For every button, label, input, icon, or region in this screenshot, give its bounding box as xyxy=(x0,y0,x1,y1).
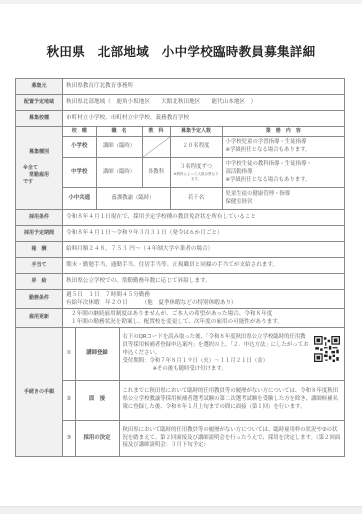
step-1-detail: 右下のQRコードを読み取った後、「令和８年度秋田県公立学校臨時的任用教員等採用候… xyxy=(119,328,344,380)
row-requirements: 採用条件 令和８年４月１日現在で、採用予定学校種の教員免許状を所有していること xyxy=(16,209,345,225)
label-allowances: 手当て xyxy=(16,257,63,273)
types-row-common: 小中共通 養護教諭（臨時） 若干名 児童生徒の健康管理・指導 保健室経営 xyxy=(63,188,344,209)
row-types: 募集種別 ※全て 常勤雇用 です 校 種 職 名 教 科 募集予定人数 業 務 … xyxy=(16,127,345,210)
renewal-line-2: １年間の勤務状況を勘案し、配置校を変更して、次年度の雇用の可能性があります。 xyxy=(71,318,341,326)
page-title: 秋田県 北部地域 小中学校臨時教員募集詳細 xyxy=(0,42,362,60)
value-salary: 給料月額２４８，７５３ 円〜（４年制大学卒業者の場合） xyxy=(63,241,345,257)
row-recruiter: 募集元 秋田県教育庁北教育事務所 xyxy=(16,79,345,95)
types-header-row: 校 種 職 名 教 科 募集予定人数 業 務 内 容 xyxy=(63,127,344,137)
subject-junior: 各教科 xyxy=(142,158,170,188)
types-note-line-3: です xyxy=(19,179,59,186)
value-period: 令和８年４月１日〜令和９年３月３１日（発令は６か月ごと） xyxy=(63,225,345,241)
step-3-detail: 秋田県において臨時的任用教員等の履歴がない方については、臨時雇用枠の状況や②の状… xyxy=(119,420,344,456)
duties-junior-line-2: 部活動指導 xyxy=(226,169,342,177)
school-junior: 中学校 xyxy=(63,158,96,188)
school-elementary: 小学校 xyxy=(63,137,96,158)
label-types: 募集種別 ※全て 常勤雇用 です xyxy=(16,127,63,210)
label-requirements: 採用条件 xyxy=(16,209,63,225)
renewal-line-1: ２年間の継続雇用制度はありませんが、ご本人の希望があった場合、令和８年度 xyxy=(71,310,341,318)
step-1-name: 講師登録 xyxy=(75,328,119,380)
conditions-line-1: 週５日 １日 ７時間４５分勤務 xyxy=(66,291,341,299)
value-allowances: 期末・勤勉手当、通勤手当、住居手当等、正規職員と同様の手当てが支給されます。 xyxy=(63,257,345,273)
label-salary: 報 酬 xyxy=(16,241,63,257)
position-junior: 講師（臨時） xyxy=(96,158,142,188)
step-2-name: 面 接 xyxy=(75,380,119,420)
row-renewal: 雇用更新 ２年間の継続雇用制度はありませんが、ご本人の希望があった場合、令和８年… xyxy=(16,308,345,327)
conditions-line-2: 有給年次休暇 年２０日 （他 夏季休暇などの特別休暇あり） xyxy=(66,299,341,307)
types-subtable-cell: 校 種 職 名 教 科 募集予定人数 業 務 内 容 小学校 講師（臨時） ２０… xyxy=(63,127,345,210)
count-junior-value: ３名程度ずつ xyxy=(174,164,219,172)
types-subtable: 校 種 職 名 教 科 募集予定人数 業 務 内 容 小学校 講師（臨時） ２０… xyxy=(63,127,344,209)
procedure-subtable: ① 講師登録 xyxy=(63,328,344,456)
duties-common-line-1: 児童生徒の健康管理・指導 xyxy=(226,191,342,199)
recruitment-table: 募集元 秋田県教育庁北教育事務所 配置予定地域 秋田県北部地域（ 鹿角小坂地区 … xyxy=(15,78,345,457)
count-common: 若干名 xyxy=(170,188,222,209)
header-subject: 教 科 xyxy=(142,127,170,137)
value-renewal: ２年間の継続雇用制度はありませんが、ご本人の希望があった場合、令和８年度 １年間… xyxy=(63,308,345,327)
duties-common-line-2: 保健室経営 xyxy=(226,199,342,207)
label-period: 採用予定期間 xyxy=(16,225,63,241)
count-junior: ３名程度ずつ ※教科によって人数は異なります。 xyxy=(170,158,222,188)
duties-common: 児童生徒の健康管理・指導 保健室経営 xyxy=(222,188,344,209)
types-row-junior: 中学校 講師（臨時） 各教科 ３名程度ずつ ※教科によって人数は異なります。 中… xyxy=(63,158,344,188)
label-region: 配置予定地域 xyxy=(16,95,63,111)
row-allowances: 手当て 期末・勤勉手当、通勤手当、住居手当等、正規職員と同様の手当てが支給されま… xyxy=(16,257,345,273)
step-2-detail: これまでに秋田県において臨時的任用教員等の履歴がない方については、令和８年度秋田… xyxy=(119,380,344,420)
step-1-line-3: ※その後も随時受け付けます。 xyxy=(123,366,342,374)
diagonal-slash-icon xyxy=(143,137,170,157)
row-raise: 昇 給 秋田県公立学校での、常勤勤務年数に応じて昇給します。 xyxy=(16,273,345,289)
value-raise: 秋田県公立学校での、常勤勤務年数に応じて昇給します。 xyxy=(63,273,345,289)
types-row-elementary: 小学校 講師（臨時） ２０名程度 小学校児童の学習指導・生徒指導 ※学級担任とな… xyxy=(63,137,344,158)
step-1-number: ① xyxy=(63,328,75,380)
label-recruiter: 募集元 xyxy=(16,79,63,95)
procedure-subtable-cell: ① 講師登録 xyxy=(63,328,345,457)
value-requirements: 令和８年４月１日現在で、採用予定学校種の教員免許状を所有していること xyxy=(63,209,345,225)
count-junior-note: ※教科によって人数は異なります。 xyxy=(174,172,219,181)
types-label: 募集種別 xyxy=(19,149,59,156)
procedure-step-3: ③ 採用の決定 秋田県において臨時的任用教員等の履歴がない方については、臨時雇用… xyxy=(63,420,344,456)
count-elementary: ２０名程度 xyxy=(170,137,222,158)
school-common: 小中共通 xyxy=(63,188,96,209)
subject-elementary-na xyxy=(142,137,170,158)
header-position: 職 名 xyxy=(96,127,142,137)
step-1-line-1: 右下のQRコードを読み取った後、「令和８年度秋田県公立学校臨時的任用教員等採用候… xyxy=(123,334,342,357)
qr-code-icon[interactable] xyxy=(314,336,340,362)
header-duties: 業 務 内 容 xyxy=(222,127,344,137)
duties-elementary: 小学校児童の学習指導・生徒指導 ※学級担任となる場合もあります。 xyxy=(222,137,344,158)
position-elementary: 講師（臨時） xyxy=(96,137,142,158)
row-salary: 報 酬 給料月額２４８，７５３ 円〜（４年制大学卒業者の場合） xyxy=(16,241,345,257)
step-2-line-1: これまでに秋田県において臨時的任用教員等の履歴がない方については、令和８年度秋田… xyxy=(123,388,342,411)
step-3-name: 採用の決定 xyxy=(75,420,119,456)
step-3-line-1: 秋田県において臨時的任用教員等の履歴がない方については、臨時雇用枠の状況や②の状… xyxy=(123,427,342,450)
row-conditions: 勤務条件 週５日 １日 ７時間４５分勤務 有給年次休暇 年２０日 （他 夏季休暇… xyxy=(16,289,345,308)
duties-elementary-line-2: ※学級担任となる場合もあります。 xyxy=(226,147,342,155)
step-2-number: ② xyxy=(63,380,75,420)
label-schools: 募集校種 xyxy=(16,111,63,127)
label-raise: 昇 給 xyxy=(16,273,63,289)
label-renewal: 雇用更新 xyxy=(16,308,63,327)
row-period: 採用予定期間 令和８年４月１日〜令和９年３月３１日（発令は６か月ごと） xyxy=(16,225,345,241)
row-region: 配置予定地域 秋田県北部地域（ 鹿角小坂地区 大館北秋田地区 能代山本地区 ） xyxy=(16,95,345,111)
page-bottom-edge xyxy=(0,506,362,514)
step-3-number: ③ xyxy=(63,420,75,456)
row-schools: 募集校種 市町村立小学校、市町村立中学校、義務教育学校 xyxy=(16,111,345,127)
value-conditions: 週５日 １日 ７時間４５分勤務 有給年次休暇 年２０日 （他 夏季休暇などの特別… xyxy=(63,289,345,308)
value-schools: 市町村立小学校、市町村立中学校、義務教育学校 xyxy=(63,111,345,127)
header-count: 募集予定人数 xyxy=(170,127,222,137)
value-recruiter: 秋田県教育庁北教育事務所 xyxy=(63,79,345,95)
label-conditions: 勤務条件 xyxy=(16,289,63,308)
position-common: 養護教諭（臨時） xyxy=(96,188,170,209)
procedure-step-1: ① 講師登録 xyxy=(63,328,344,380)
value-region: 秋田県北部地域（ 鹿角小坂地区 大館北秋田地区 能代山本地区 ） xyxy=(63,95,345,111)
header-school: 校 種 xyxy=(63,127,96,137)
types-note-line-1: ※全て xyxy=(19,165,59,172)
procedure-step-2: ② 面 接 これまでに秋田県において臨時的任用教員等の履歴がない方については、令… xyxy=(63,380,344,420)
row-procedure: 手続きの手順 ① 講師登録 xyxy=(16,328,345,457)
step-1-line-2: 受付期間：令和７年８月１９日（火）〜１１月２１日（金） xyxy=(123,358,342,366)
duties-junior: 中学校生徒の教科指導・生徒指導・ 部活動指導 ※学級担任となる場合もあります。 xyxy=(222,158,344,188)
duties-junior-line-3: ※学級担任となる場合もあります。 xyxy=(226,177,342,185)
page-top-edge xyxy=(0,0,362,4)
duties-junior-line-1: 中学校生徒の教科指導・生徒指導・ xyxy=(226,161,342,169)
label-procedure: 手続きの手順 xyxy=(16,328,63,457)
